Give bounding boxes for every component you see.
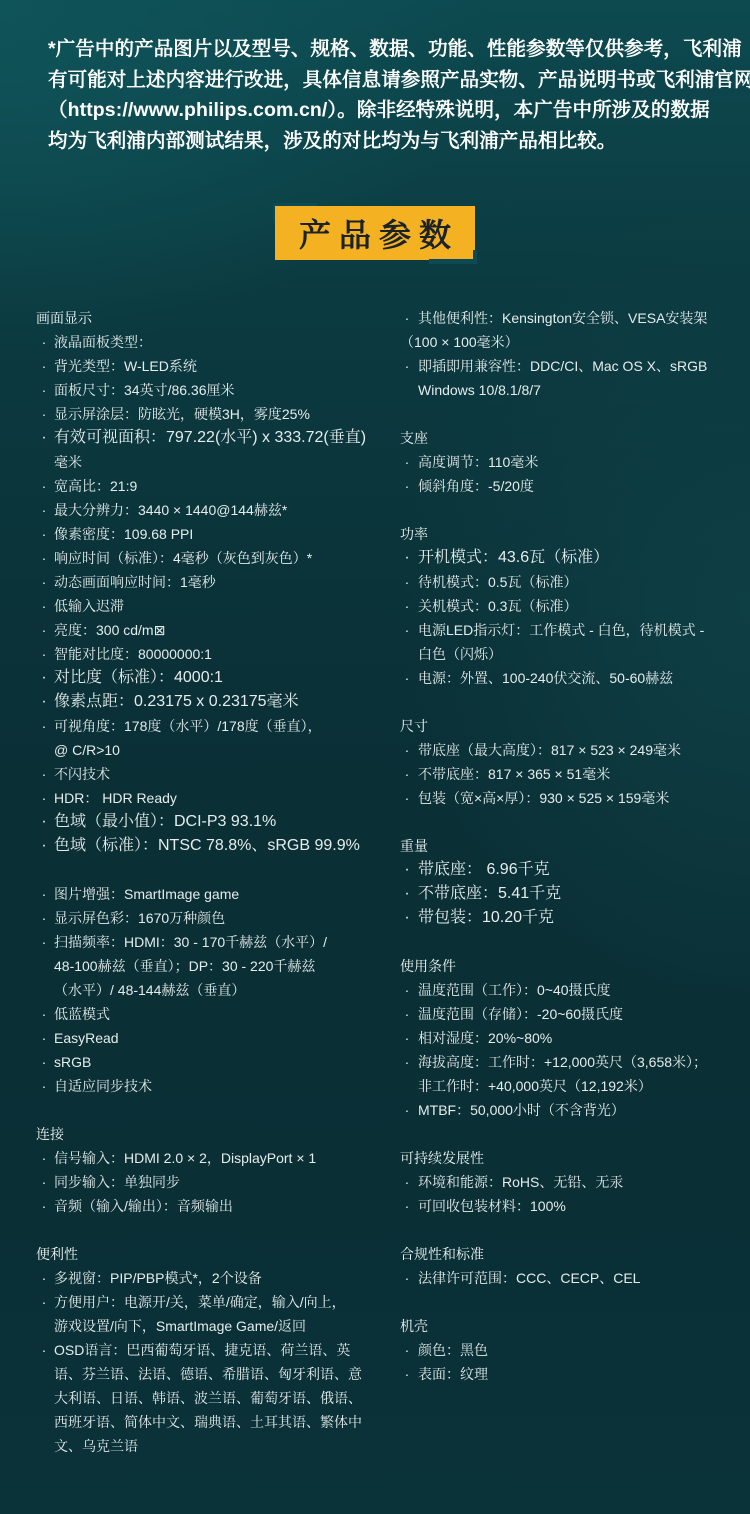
spec-item: ·带底座（最大高度）：817 × 523 × 249毫米	[400, 738, 730, 762]
section-title: 便利性	[36, 1242, 386, 1266]
disclaimer: *广告中的产品图片以及型号、规格、数据、功能、性能参数等仅供参考，飞利浦 有可能…	[48, 34, 708, 156]
section-title: 连接	[36, 1122, 386, 1146]
spec-item: ·显示屏涂层：防眩光，硬模3H，雾度25%	[36, 402, 386, 426]
spec-item: ·EasyRead	[36, 1026, 386, 1050]
bullet-icon: ·	[39, 1266, 49, 1290]
spec-item: ·温度范围（工作）：0~40摄氏度	[400, 978, 730, 1002]
bullet-icon: ·	[39, 570, 49, 594]
spec-item: ·高度调节：110毫米	[400, 450, 730, 474]
spec-item: ·液晶面板类型：	[36, 330, 386, 354]
spec-item: ·电源LED指示灯：工作模式 - 白色，待机模式 -	[400, 618, 730, 642]
spec-item: ·面板尺寸：34英寸/86.36厘米	[36, 378, 386, 402]
spec-item: ·开机模式：43.6瓦（标准）	[400, 546, 730, 570]
bullet-icon: ·	[402, 882, 412, 906]
spec-item: ·电源：外置、100-240伏交流、50-60赫兹	[400, 666, 730, 690]
spec-section-dimensions: 尺寸 ·带底座（最大高度）：817 × 523 × 249毫米 ·不带底座：81…	[400, 714, 730, 810]
bullet-icon: ·	[39, 1170, 49, 1194]
section-title: 机壳	[400, 1314, 730, 1338]
bullet-icon: ·	[39, 1290, 49, 1314]
spec-item-continuation: 西班牙语、简体中文、瑞典语、土耳其语、繁体中	[36, 1410, 386, 1434]
bullet-icon: ·	[402, 306, 412, 330]
spec-item: ·包装（宽×高×厚）：930 × 525 × 159毫米	[400, 786, 730, 810]
spec-item-continuation: 48-100赫兹（垂直）；DP：30 - 220千赫兹	[36, 954, 386, 978]
bullet-icon: ·	[39, 930, 49, 954]
spec-item: ·多视窗：PIP/PBP模式*，2个设备	[36, 1266, 386, 1290]
bullet-icon: ·	[39, 642, 49, 666]
spec-item: ·相对湿度：20%~80%	[400, 1026, 730, 1050]
spec-item: ·音频（输入/输出）：音频输出	[36, 1194, 386, 1218]
spec-item: ·关机模式：0.3瓦（标准）	[400, 594, 730, 618]
spec-section-cabinet: 机壳 ·颜色：黑色 ·表面：纹理	[400, 1314, 730, 1386]
bullet-icon: ·	[39, 1194, 49, 1218]
bullet-icon: ·	[402, 354, 412, 378]
spec-item: ·响应时间（标准）：4毫秒（灰色到灰色）*	[36, 546, 386, 570]
spec-section-display: 画面显示 ·液晶面板类型： ·背光类型：W-LED系统 ·面板尺寸：34英寸/8…	[36, 306, 386, 858]
spec-item-continuation: （水平）/ 48-144赫兹（垂直）	[36, 978, 386, 1002]
spec-column-left: 画面显示 ·液晶面板类型： ·背光类型：W-LED系统 ·面板尺寸：34英寸/8…	[36, 306, 386, 1482]
spec-item-continuation: 白色（闪烁）	[400, 642, 730, 666]
disclaimer-line: 有可能对上述内容进行改进，具体信息请参照产品实物、产品说明书或飞利浦官网	[48, 65, 708, 96]
spec-item-continuation: （100 × 100毫米）	[400, 330, 730, 354]
spec-item: ·像素点距：0.23175 x 0.23175毫米	[36, 690, 386, 714]
spec-item-continuation: 毫米	[36, 450, 386, 474]
spec-item: ·最大分辨力：3440 × 1440@144赫兹*	[36, 498, 386, 522]
section-title: 支座	[400, 426, 730, 450]
bullet-icon: ·	[402, 738, 412, 762]
section-title: 使用条件	[400, 954, 730, 978]
bullet-icon: ·	[402, 450, 412, 474]
bullet-icon: ·	[402, 546, 412, 570]
section-title: 画面显示	[36, 306, 386, 330]
section-title: 重量	[400, 834, 730, 858]
bullet-icon: ·	[402, 1194, 412, 1218]
spec-item: ·色域（标准）：NTSC 78.8%、sRGB 99.9%	[36, 834, 386, 858]
bullet-icon: ·	[39, 378, 49, 402]
spec-item-continuation: 非工作时：+40,000英尺（12,192米）	[400, 1074, 730, 1098]
bullet-icon: ·	[39, 426, 49, 450]
bullet-icon: ·	[402, 1170, 412, 1194]
bullet-icon: ·	[39, 1026, 49, 1050]
bullet-icon: ·	[402, 1098, 412, 1122]
spec-item: ·环境和能源：RoHS、无铅、无汞	[400, 1170, 730, 1194]
spec-item: ·扫描频率：HDMI：30 - 170千赫兹（水平）/	[36, 930, 386, 954]
bullet-icon: ·	[402, 786, 412, 810]
spec-section-convenience: 便利性 ·多视窗：PIP/PBP模式*，2个设备 ·方便用户：电源开/关，菜单/…	[36, 1242, 386, 1458]
bullet-icon: ·	[39, 834, 49, 858]
bullet-icon: ·	[402, 1266, 412, 1290]
spec-item-continuation: Windows 10/8.1/8/7	[400, 378, 730, 402]
bullet-icon: ·	[39, 1146, 49, 1170]
spec-section-convenience-more: ·其他便利性：Kensington安全锁、VESA安装架 （100 × 100毫…	[400, 306, 730, 402]
bullet-icon: ·	[402, 1338, 412, 1362]
spec-item: ·动态画面响应时间：1毫秒	[36, 570, 386, 594]
bullet-icon: ·	[39, 498, 49, 522]
spec-item: ·不闪技术	[36, 762, 386, 786]
spec-item: ·不带底座：5.41千克	[400, 882, 730, 906]
bullet-icon: ·	[39, 474, 49, 498]
bullet-icon: ·	[39, 594, 49, 618]
spec-item: ·MTBF：50,000小时（不含背光）	[400, 1098, 730, 1122]
spec-item: ·像素密度：109.68 PPI	[36, 522, 386, 546]
spec-item: ·sRGB	[36, 1050, 386, 1074]
section-title: 可持续发展性	[400, 1146, 730, 1170]
spec-item: ·带包装：10.20千克	[400, 906, 730, 930]
bullet-icon: ·	[39, 402, 49, 426]
bullet-icon: ·	[402, 906, 412, 930]
bullet-icon: ·	[39, 786, 49, 810]
spec-item-continuation: @ C/R>10	[36, 738, 386, 762]
spec-item: ·亮度：300 cd/m⊠	[36, 618, 386, 642]
bullet-icon: ·	[39, 1002, 49, 1026]
disclaimer-line: 均为飞利浦内部测试结果，涉及的对比均为与飞利浦产品相比较。	[48, 126, 708, 157]
spec-item: ·温度范围（存储）：-20~60摄氏度	[400, 1002, 730, 1026]
bullet-icon: ·	[39, 1050, 49, 1074]
bullet-icon: ·	[39, 354, 49, 378]
spec-item: ·低输入迟滞	[36, 594, 386, 618]
spec-item-continuation: 文、乌克兰语	[36, 1434, 386, 1458]
spec-item: ·同步输入：单独同步	[36, 1170, 386, 1194]
spec-section-connectivity: 连接 ·信号输入：HDMI 2.0 × 2，DisplayPort × 1 ·同…	[36, 1122, 386, 1218]
bullet-icon: ·	[39, 1074, 49, 1098]
spec-item: ·其他便利性：Kensington安全锁、VESA安装架	[400, 306, 730, 330]
spec-item: ·低蓝模式	[36, 1002, 386, 1026]
spec-section-weight: 重量 ·带底座： 6.96千克 ·不带底座：5.41千克 ·带包装：10.20千…	[400, 834, 730, 930]
bullet-icon: ·	[402, 594, 412, 618]
spec-item: ·可回收包装材料：100%	[400, 1194, 730, 1218]
spec-item: ·图片增强：SmartImage game	[36, 882, 386, 906]
bullet-icon: ·	[39, 810, 49, 834]
bullet-icon: ·	[39, 522, 49, 546]
spec-item: ·智能对比度：80000000:1	[36, 642, 386, 666]
banner-title: 产品参数	[275, 206, 475, 260]
spec-item: ·海拔高度：工作时：+12,000英尺（3,658米）；	[400, 1050, 730, 1074]
bullet-icon: ·	[402, 666, 412, 690]
disclaimer-line: *广告中的产品图片以及型号、规格、数据、功能、性能参数等仅供参考，飞利浦	[48, 34, 708, 65]
bullet-icon: ·	[402, 618, 412, 642]
bullet-icon: ·	[402, 474, 412, 498]
spec-section-display-more: ·图片增强：SmartImage game ·显示屏色彩：1670万种颜色 ·扫…	[36, 882, 386, 1098]
bullet-icon: ·	[402, 570, 412, 594]
spec-item: ·即插即用兼容性：DDC/CI、Mac OS X、sRGB	[400, 354, 730, 378]
spec-item: ·颜色：黑色	[400, 1338, 730, 1362]
spec-item: ·待机模式：0.5瓦（标准）	[400, 570, 730, 594]
bullet-icon: ·	[39, 666, 49, 690]
spec-item: ·背光类型：W-LED系统	[36, 354, 386, 378]
spec-section-sustainability: 可持续发展性 ·环境和能源：RoHS、无铅、无汞 ·可回收包装材料：100%	[400, 1146, 730, 1218]
spec-section-operating-conditions: 使用条件 ·温度范围（工作）：0~40摄氏度 ·温度范围（存储）：-20~60摄…	[400, 954, 730, 1122]
spec-item: ·对比度（标准）：4000:1	[36, 666, 386, 690]
section-banner: 产品参数	[275, 206, 475, 260]
spec-item: ·不带底座：817 × 365 × 51毫米	[400, 762, 730, 786]
bullet-icon: ·	[39, 330, 49, 354]
bullet-icon: ·	[39, 906, 49, 930]
spec-section-power: 功率 ·开机模式：43.6瓦（标准） ·待机模式：0.5瓦（标准） ·关机模式：…	[400, 522, 730, 690]
spec-item: ·有效可视面积：797.22(水平) x 333.72(垂直)	[36, 426, 386, 450]
bullet-icon: ·	[39, 690, 49, 714]
section-title: 合规性和标准	[400, 1242, 730, 1266]
spec-item: ·可视角度：178度（水平）/178度（垂直），	[36, 714, 386, 738]
spec-section-compliance: 合规性和标准 ·法律许可范围：CCC、CECP、CEL	[400, 1242, 730, 1290]
spec-item: ·HDR： HDR Ready	[36, 786, 386, 810]
disclaimer-line: （https://www.philips.com.cn/）。除非经特殊说明，本广…	[48, 95, 708, 126]
spec-item: ·倾斜角度：-5/20度	[400, 474, 730, 498]
spec-item: ·显示屏色彩：1670万种颜色	[36, 906, 386, 930]
spec-item-continuation: 游戏设置/向下，SmartImage Game/返回	[36, 1314, 386, 1338]
spec-item: ·法律许可范围：CCC、CECP、CEL	[400, 1266, 730, 1290]
bullet-icon: ·	[39, 882, 49, 906]
bullet-icon: ·	[402, 978, 412, 1002]
bullet-icon: ·	[402, 1362, 412, 1386]
spec-item: ·带底座： 6.96千克	[400, 858, 730, 882]
spec-item-continuation: 语、芬兰语、法语、德语、希腊语、匈牙利语、意	[36, 1362, 386, 1386]
section-title: 尺寸	[400, 714, 730, 738]
bullet-icon: ·	[39, 546, 49, 570]
spec-item: ·信号输入：HDMI 2.0 × 2，DisplayPort × 1	[36, 1146, 386, 1170]
spec-column-right: ·其他便利性：Kensington安全锁、VESA安装架 （100 × 100毫…	[400, 306, 730, 1410]
bullet-icon: ·	[39, 714, 49, 738]
bullet-icon: ·	[402, 1002, 412, 1026]
spec-item: ·宽高比：21:9	[36, 474, 386, 498]
bullet-icon: ·	[402, 1050, 412, 1074]
spec-item: ·自适应同步技术	[36, 1074, 386, 1098]
spec-item: ·表面：纹理	[400, 1362, 730, 1386]
bullet-icon: ·	[39, 618, 49, 642]
spec-item: ·OSD语言：巴西葡萄牙语、捷克语、荷兰语、英	[36, 1338, 386, 1362]
spec-item: ·色域（最小值）：DCI-P3 93.1%	[36, 810, 386, 834]
spec-item-continuation: 大利语、日语、韩语、波兰语、葡萄牙语、俄语、	[36, 1386, 386, 1410]
spec-item: ·方便用户：电源开/关，菜单/确定，输入/向上，	[36, 1290, 386, 1314]
bullet-icon: ·	[402, 858, 412, 882]
bullet-icon: ·	[402, 762, 412, 786]
section-title: 功率	[400, 522, 730, 546]
spec-section-stand: 支座 ·高度调节：110毫米 ·倾斜角度：-5/20度	[400, 426, 730, 498]
bullet-icon: ·	[39, 762, 49, 786]
bullet-icon: ·	[402, 1026, 412, 1050]
bullet-icon: ·	[39, 1338, 49, 1362]
